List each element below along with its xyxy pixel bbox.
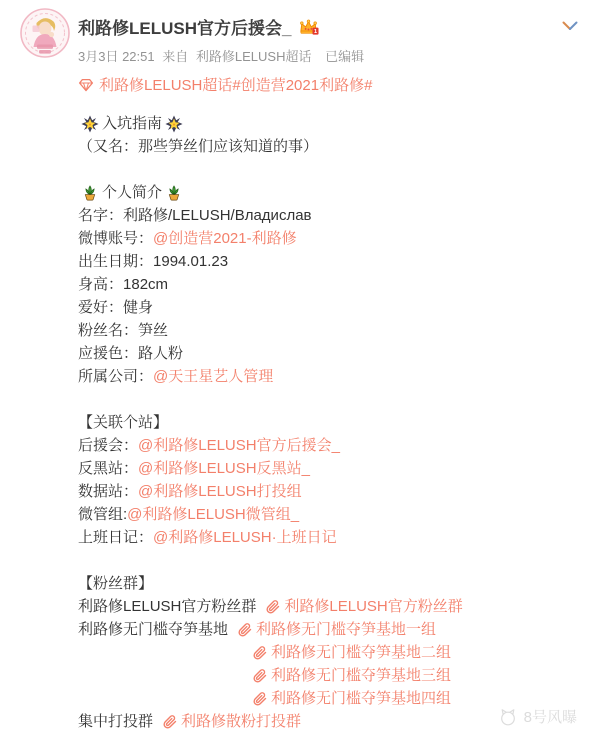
username[interactable]: 利路修LELUSH官方后援会_ xyxy=(78,14,291,39)
paperclip-icon xyxy=(253,669,267,683)
guide-alias: （又名：那些笋丝们应该知道的事） xyxy=(78,135,318,158)
paperclip-icon xyxy=(238,623,252,637)
blank-line xyxy=(78,388,463,411)
blank-line xyxy=(78,158,463,181)
groups-row-official: 利路修LELUSH官方粉丝群 利路修LELUSH官方粉丝群 xyxy=(78,595,463,618)
watermark-text: 8号风曝 xyxy=(524,706,577,727)
post-time: 3月3日 22:51 xyxy=(78,49,155,64)
vip-crown-icon: 1 xyxy=(298,18,319,36)
profile-row-name: 名字： 利路修/LELUSH/Владислав xyxy=(78,204,463,227)
edited-label: 已编辑 xyxy=(325,49,364,64)
sites-section-title: 【关联个站】 xyxy=(78,411,463,434)
profile-row-company: 所属公司： @天王星艺人管理 xyxy=(78,365,463,388)
mention-link[interactable]: @利路修LELUSH打投组 xyxy=(138,480,302,503)
avatar-image xyxy=(20,8,70,58)
sites-row-antiblack: 反黑站： @利路修LELUSH反黑站_ xyxy=(78,457,463,480)
sites-row-support: 后援会： @利路修LELUSH官方后援会_ xyxy=(78,434,463,457)
starburst-emoji xyxy=(165,115,183,133)
bamboo-sprout-emoji xyxy=(81,184,99,202)
paperclip-icon xyxy=(253,692,267,706)
cat-logo-icon xyxy=(498,707,518,727)
sites-row-data: 数据站： @利路修LELUSH打投组 xyxy=(78,480,463,503)
mention-link[interactable]: @天王星艺人管理 xyxy=(153,365,273,388)
groups-section-title: 【粉丝群】 xyxy=(78,572,463,595)
groups-row-base-3: 利路修无门槛夺笋基地三组 xyxy=(78,664,463,687)
mention-link[interactable]: @利路修LELUSH·上班日记 xyxy=(153,526,337,549)
mention-link[interactable]: @创造营2021-利路修 xyxy=(153,227,297,250)
paperclip-icon xyxy=(266,600,280,614)
profile-row-height: 身高： 182cm xyxy=(78,273,463,296)
groups-row-base-2: 利路修无门槛夺笋基地二组 xyxy=(78,641,463,664)
groups-row-base-1: 利路修无门槛夺笋基地 利路修无门槛夺笋基地一组 xyxy=(78,618,463,641)
starburst-emoji xyxy=(81,115,99,133)
blank-line xyxy=(78,549,463,572)
guide-alias-line: （又名：那些笋丝们应该知道的事） xyxy=(78,135,463,158)
group-chat-link[interactable]: 利路修无门槛夺笋基地三组 xyxy=(253,664,451,687)
sites-row-weiguan: 微管组: @利路修LELUSH微管组_ xyxy=(78,503,463,526)
profile-row-fanname: 粉丝名： 笋丝 xyxy=(78,319,463,342)
groups-row-base-4: 利路修无门槛夺笋基地四组 xyxy=(78,687,463,710)
mention-link[interactable]: @利路修LELUSH微管组_ xyxy=(127,503,299,526)
profile-row-color: 应援色： 路人粉 xyxy=(78,342,463,365)
sites-row-diary: 上班日记： @利路修LELUSH·上班日记 xyxy=(78,526,463,549)
username-row: 利路修LELUSH官方后援会_ 1 xyxy=(78,14,372,39)
mention-link[interactable]: @利路修LELUSH官方后援会_ xyxy=(138,434,340,457)
watermark: 8号风曝 xyxy=(498,706,577,727)
supertopic-text: 利路修LELUSH超话#创造营2021利路修# xyxy=(99,74,372,95)
group-chat-link[interactable]: 利路修LELUSH官方粉丝群 xyxy=(266,595,462,618)
post-meta: 3月3日 22:51 来自 利路修LELUSH超话 已编辑 xyxy=(78,46,372,65)
group-chat-link[interactable]: 利路修无门槛夺笋基地二组 xyxy=(253,641,451,664)
guide-title-line: 入坑指南 xyxy=(78,112,463,135)
diamond-icon xyxy=(78,77,94,93)
from-label: 来自 xyxy=(162,49,188,64)
profile-title: 个人简介 xyxy=(102,181,162,204)
post-header: 利路修LELUSH官方后援会_ 1 3月3日 22:51 来自 xyxy=(78,14,372,95)
profile-row-birth: 出生日期： 1994.01.23 xyxy=(78,250,463,273)
group-chat-link[interactable]: 利路修无门槛夺笋基地四组 xyxy=(253,687,451,710)
paperclip-icon xyxy=(253,646,267,660)
group-chat-link[interactable]: 利路修无门槛夺笋基地一组 xyxy=(238,618,436,641)
profile-title-line: 个人简介 xyxy=(78,181,463,204)
avatar[interactable] xyxy=(20,8,70,58)
group-chat-link[interactable]: 利路修散粉打投群 xyxy=(163,710,301,733)
post-source-link[interactable]: 利路修LELUSH超话 xyxy=(196,49,312,64)
profile-row-weibo: 微博账号： @创造营2021-利路修 xyxy=(78,227,463,250)
bamboo-sprout-emoji xyxy=(165,184,183,202)
weibo-post-page: 利路修LELUSH官方后援会_ 1 3月3日 22:51 来自 xyxy=(0,0,597,745)
guide-title: 入坑指南 xyxy=(102,112,162,135)
profile-row-hobby: 爱好： 健身 xyxy=(78,296,463,319)
groups-row-vote: 集中打投群 利路修散粉打投群 xyxy=(78,710,463,733)
post-body: 入坑指南 （又名：那些笋丝们应该知道的事） 个人简介 xyxy=(78,112,463,733)
mention-link[interactable]: @利路修LELUSH反黑站_ xyxy=(138,457,310,480)
supertopic-link[interactable]: 利路修LELUSH超话#创造营2021利路修# xyxy=(78,74,372,95)
paperclip-icon xyxy=(163,715,177,729)
chevron-down-icon[interactable] xyxy=(562,18,578,28)
